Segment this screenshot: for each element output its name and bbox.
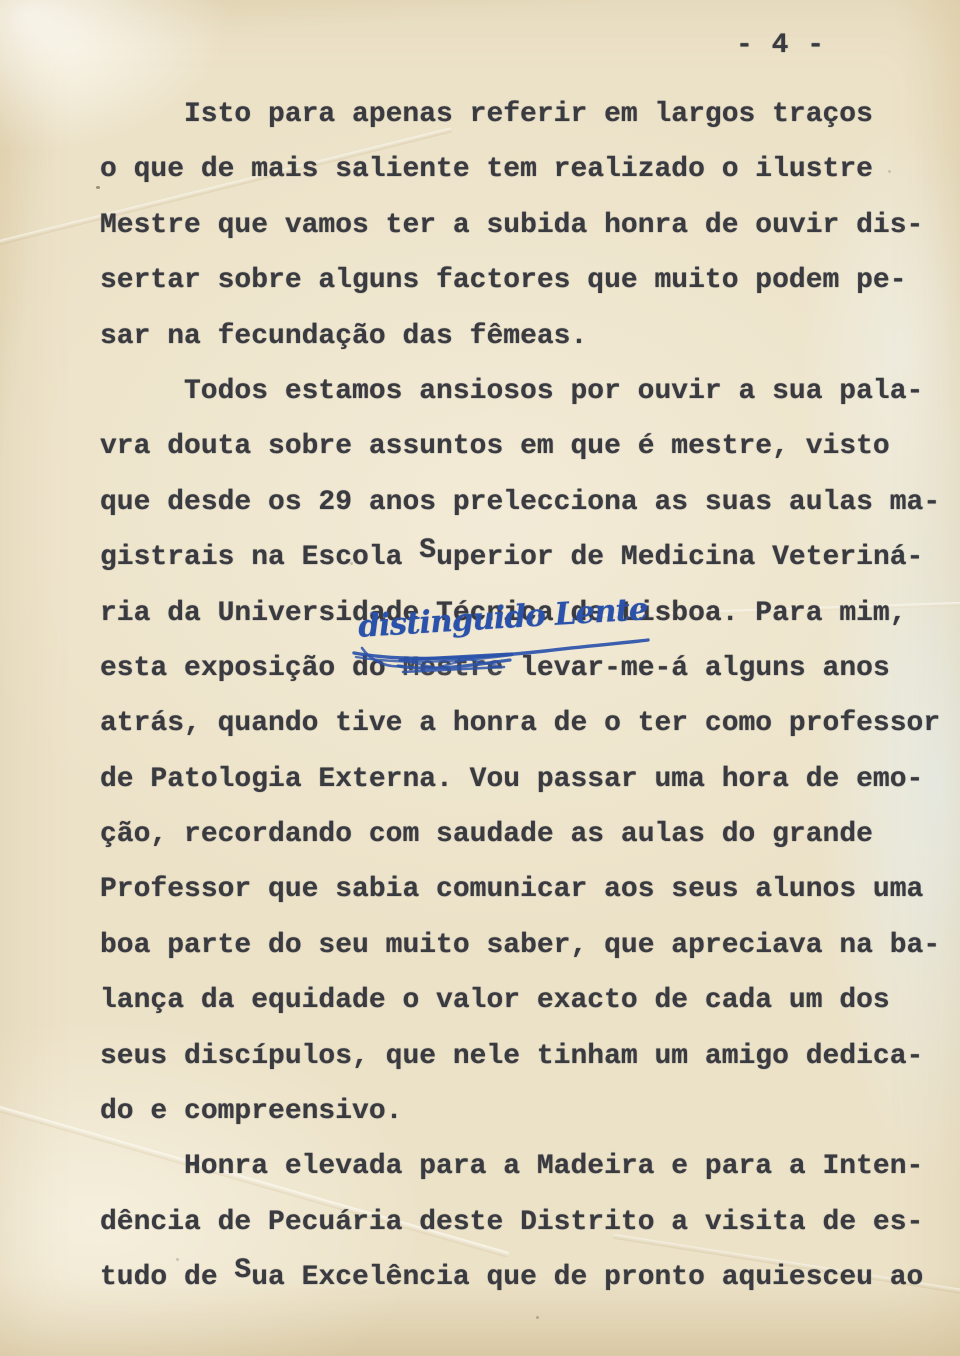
text-line: sar na fecundação das fêmeas. — [100, 309, 960, 364]
text-line: que desde os 29 anos prelecciona as suas… — [100, 475, 960, 530]
text-line: sertar sobre alguns factores que muito p… — [100, 253, 960, 308]
text-line: de Patologia Externa. Vou passar uma hor… — [100, 752, 960, 807]
text-line: boa parte do seu muito saber, que apreci… — [100, 918, 960, 973]
text-line: esta exposição do Mestre levar-me-á algu… — [100, 641, 960, 696]
text-segment: tudo de — [100, 1262, 234, 1293]
text-line: Isto para apenas referir em largos traço… — [100, 87, 960, 142]
text-line: gistrais na Escola Superior de Medicina … — [100, 530, 960, 585]
text-line: atrás, quando tive a honra de o ter como… — [100, 696, 960, 751]
text-line: lança da equidade o valor exacto de cada… — [100, 973, 960, 1028]
ink-speck — [536, 1316, 539, 1319]
text-segment: esta exposição do — [100, 653, 402, 684]
text-line: Todos estamos ansiosos por ouvir a sua p… — [100, 364, 960, 419]
scanned-document-page: - 4 - Isto para apenas referir em largos… — [0, 0, 960, 1356]
text-line: tudo de Sua Excelência que de pronto aqu… — [100, 1250, 960, 1305]
text-line: o que de mais saliente tem realizado o i… — [100, 142, 960, 197]
text-line: do e compreensivo. — [100, 1084, 960, 1139]
text-segment: gistrais na Escola — [100, 542, 419, 573]
text-line: Honra elevada para a Madeira e para a In… — [100, 1139, 960, 1194]
struck-word: Mestre — [402, 653, 503, 684]
text-line: Mestre que vamos ter a subida honra de o… — [100, 198, 960, 253]
text-line: vra douta sobre assuntos em que é mestre… — [100, 419, 960, 474]
text-line: ção, recordando com saudade as aulas do … — [100, 807, 960, 862]
typed-text-block: Isto para apenas referir em largos traço… — [100, 87, 960, 1306]
text-line: dência de Pecuária deste Distrito a visi… — [100, 1195, 960, 1250]
text-line: Professor que sabia comunicar aos seus a… — [100, 862, 960, 917]
text-segment: S — [419, 535, 436, 566]
text-segment: uperior de Medicina Veteriná- — [436, 542, 923, 573]
text-segment: S — [234, 1255, 251, 1286]
text-segment: levar-me-á alguns anos — [503, 653, 889, 684]
text-line: seus discípulos, que nele tinham um amig… — [100, 1029, 960, 1084]
page-number: - 4 - — [736, 30, 825, 61]
text-segment: ua Excelência que de pronto aquiesceu ao — [251, 1262, 923, 1293]
